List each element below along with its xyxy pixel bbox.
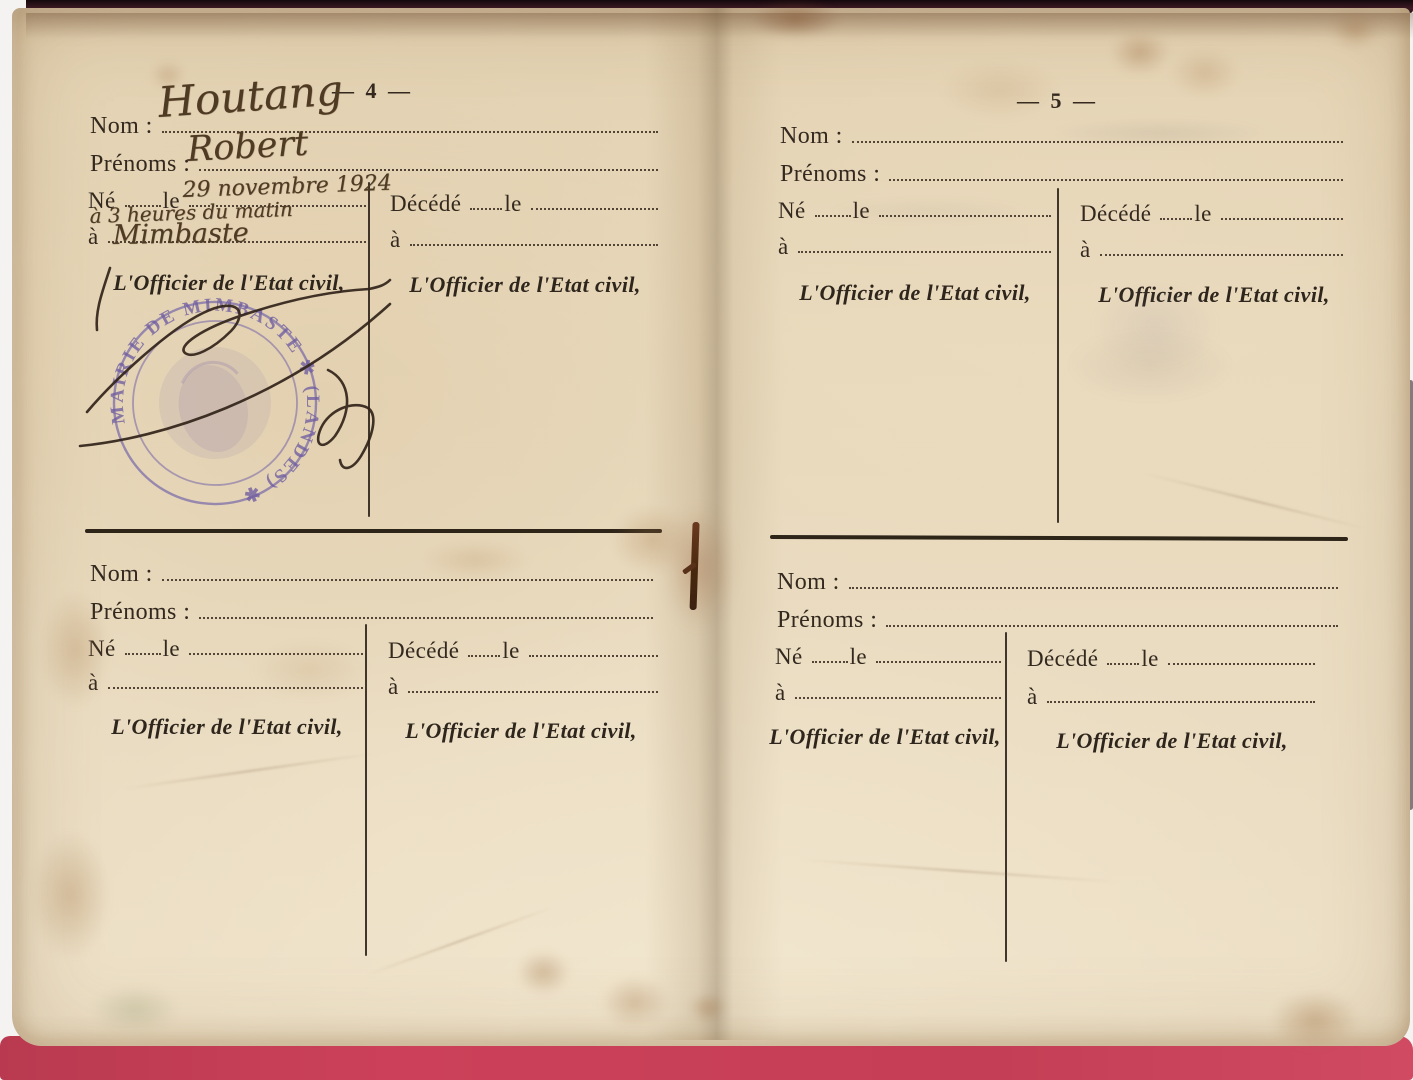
- page5-bottom-record: Nom : Prénoms : Né le à Décédé le à L': [765, 534, 1340, 974]
- prenoms-label: Prénoms :: [780, 162, 880, 186]
- stain: [90, 985, 180, 1035]
- stain: [30, 830, 110, 960]
- dotted-blank-line: [876, 661, 1001, 663]
- stain: [940, 60, 1060, 120]
- dotted-blank-line: [410, 244, 658, 246]
- stain: [40, 590, 110, 710]
- a-label: à: [388, 675, 399, 698]
- dotted-blank-line: [470, 208, 502, 210]
- officier-etat-civil-label: L'Officier de l'Etat civil,: [790, 280, 1040, 306]
- stain: [250, 640, 370, 700]
- stain: [600, 975, 670, 1030]
- stain: [750, 0, 840, 38]
- ink-bleed-through: [1055, 120, 1265, 146]
- le-label: le: [502, 639, 519, 662]
- le-label: le: [1194, 202, 1211, 225]
- stain: [1170, 48, 1240, 98]
- officier-etat-civil-label: L'Officier de l'Etat civil,: [390, 272, 660, 298]
- a-label: à: [1080, 238, 1091, 261]
- dotted-blank-line: [795, 697, 1001, 699]
- stain: [1110, 30, 1170, 75]
- stain: [1330, 10, 1380, 50]
- le-label: le: [504, 192, 521, 215]
- nom-label: Nom :: [777, 570, 840, 594]
- dotted-blank-line: [1107, 663, 1139, 665]
- officier-etat-civil-label: L'Officier de l'Etat civil,: [93, 714, 361, 740]
- stain: [612, 505, 692, 575]
- scanned-livret-de-famille: — 4 — Nom : Prénoms : Né le à Décédé le …: [0, 0, 1413, 1080]
- le-label: le: [850, 645, 867, 668]
- handwritten-birth-place: Mimbaste: [112, 218, 248, 251]
- nom-label: Nom :: [780, 124, 843, 148]
- dotted-blank-line: [199, 617, 653, 619]
- dotted-blank-line: [529, 655, 658, 657]
- dotted-blank-line: [125, 653, 161, 655]
- dotted-blank-line: [468, 655, 500, 657]
- page5-top-record: — 5 — Nom : Prénoms : Né le à Décédé le …: [770, 88, 1345, 533]
- decede-label: Décédé: [388, 639, 459, 662]
- ne-label: Né: [778, 199, 806, 222]
- dotted-blank-line: [1160, 218, 1192, 220]
- dotted-blank-line: [812, 661, 848, 663]
- dotted-blank-line: [1047, 701, 1315, 703]
- a-label: à: [778, 235, 789, 258]
- a-label: à: [1027, 685, 1038, 708]
- prenoms-label: Prénoms :: [90, 152, 190, 176]
- a-label: à: [390, 228, 401, 251]
- le-label: le: [163, 637, 180, 660]
- ink-bleed-through: [830, 200, 1030, 222]
- page4-bottom-record: Nom : Prénoms : Né le à Décédé le à L': [85, 526, 660, 966]
- decede-label: Décédé: [1027, 647, 1098, 670]
- dotted-blank-line: [1168, 663, 1315, 665]
- nom-label: Nom :: [90, 562, 153, 586]
- stain: [420, 540, 530, 580]
- handwritten-prenoms: Robert: [186, 124, 309, 170]
- stain: [150, 60, 186, 90]
- dotted-blank-line: [1100, 254, 1343, 256]
- signature: [72, 250, 412, 490]
- officier-etat-civil-label: L'Officier de l'Etat civil,: [1027, 728, 1317, 754]
- prenoms-label: Prénoms :: [777, 608, 877, 632]
- dotted-blank-line: [1221, 218, 1343, 220]
- dotted-blank-line: [889, 179, 1343, 181]
- ink-bleed-through: [1070, 330, 1230, 400]
- dotted-blank-line: [162, 579, 653, 581]
- decede-label: Décédé: [1080, 202, 1151, 225]
- dotted-blank-line: [886, 625, 1338, 627]
- officier-etat-civil-label: L'Officier de l'Etat civil,: [385, 718, 657, 744]
- dotted-blank-line: [199, 169, 658, 171]
- stain: [516, 950, 571, 995]
- dotted-blank-line: [531, 208, 658, 210]
- column-divider: [1057, 188, 1059, 523]
- column-divider: [1005, 632, 1007, 962]
- officier-etat-civil-label: L'Officier de l'Etat civil,: [765, 724, 1005, 750]
- le-label: le: [1141, 647, 1158, 670]
- a-label: à: [88, 225, 99, 248]
- dotted-blank-line: [849, 587, 1338, 589]
- ne-label: Né: [775, 645, 803, 668]
- stain: [1270, 990, 1360, 1050]
- nom-label: Nom :: [90, 114, 153, 138]
- a-label: à: [775, 681, 786, 704]
- dotted-blank-line: [798, 251, 1051, 253]
- dotted-blank-line: [408, 691, 658, 693]
- stain: [688, 992, 728, 1024]
- decede-label: Décédé: [390, 192, 461, 215]
